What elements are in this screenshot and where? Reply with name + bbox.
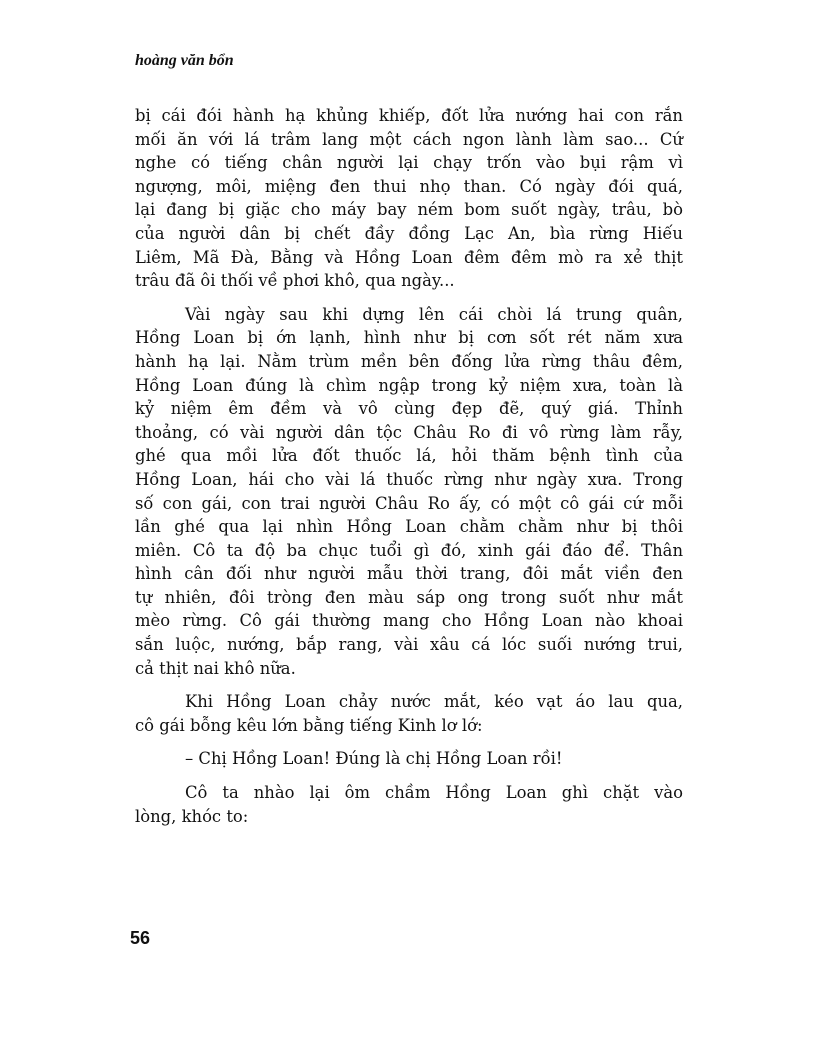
text-line: tự nhiên, đôi tròng đen màu sáp ong tron… — [135, 586, 683, 610]
book-page: hoàng văn bổn bị cái đói hành hạ khủng k… — [0, 0, 816, 1056]
text-line: kỷ niệm êm đềm và vô cùng đẹp đẽ, quý gi… — [135, 397, 683, 421]
text-line: Khi Hồng Loan chảy nước mắt, kéo vạt áo … — [135, 690, 683, 714]
text-line: hành hạ lại. Nằm trùm mền bên đống lửa r… — [135, 350, 683, 374]
text-line: Hồng Loan bị ớn lạnh, hình như bị cơn số… — [135, 326, 683, 350]
paragraph-gap — [135, 737, 683, 747]
text-line: thoảng, có vài người dân tộc Châu Ro đi … — [135, 421, 683, 445]
text-line: cả thịt nai khô nữa. — [135, 657, 683, 681]
text-line: cô gái bỗng kêu lớn bằng tiếng Kinh lơ l… — [135, 714, 683, 738]
text-line: miên. Cô ta độ ba chục tuổi gì đó, xinh … — [135, 539, 683, 563]
text-line: lòng, khóc to: — [135, 805, 683, 829]
running-head-author: hoàng văn bổn — [135, 52, 234, 70]
body-text: bị cái đói hành hạ khủng khiếp, đốt lửa … — [135, 104, 683, 828]
paragraph-1: bị cái đói hành hạ khủng khiếp, đốt lửa … — [135, 104, 683, 293]
text-line: – Chị Hồng Loan! Đúng là chị Hồng Loan r… — [135, 747, 683, 771]
text-line: lần ghé qua lại nhìn Hồng Loan chằm chằm… — [135, 515, 683, 539]
text-line: hình cân đối như người mẫu thời trang, đ… — [135, 562, 683, 586]
text-line: mối ăn với lá trâm lang một cách ngon là… — [135, 128, 683, 152]
paragraph-gap — [135, 293, 683, 303]
paragraph-4-dialogue: – Chị Hồng Loan! Đúng là chị Hồng Loan r… — [135, 747, 683, 771]
text-line: nghe có tiếng chân người lại chạy trốn v… — [135, 151, 683, 175]
text-line: lại đang bị giặc cho máy bay ném bom suố… — [135, 198, 683, 222]
text-line: Cô ta nhào lại ôm chầm Hồng Loan ghì chặ… — [135, 781, 683, 805]
text-line: Liêm, Mã Đà, Bằng và Hồng Loan đêm đêm m… — [135, 246, 683, 270]
paragraph-gap — [135, 680, 683, 690]
text-line: Hồng Loan đúng là chìm ngập trong kỷ niệ… — [135, 374, 683, 398]
text-line: ghé qua mồi lửa đốt thuốc lá, hỏi thăm b… — [135, 444, 683, 468]
paragraph-3: Khi Hồng Loan chảy nước mắt, kéo vạt áo … — [135, 690, 683, 737]
text-line: trâu đã ôi thối về phơi khô, qua ngày... — [135, 269, 683, 293]
text-line: Vài ngày sau khi dựng lên cái chòi lá tr… — [135, 303, 683, 327]
text-line: ngượng, môi, miệng đen thui nhọ than. Có… — [135, 175, 683, 199]
text-line: của người dân bị chết đầy đồng Lạc An, b… — [135, 222, 683, 246]
paragraph-5: Cô ta nhào lại ôm chầm Hồng Loan ghì chặ… — [135, 781, 683, 828]
text-line: Hồng Loan, hái cho vài lá thuốc rừng như… — [135, 468, 683, 492]
text-line: bị cái đói hành hạ khủng khiếp, đốt lửa … — [135, 104, 683, 128]
paragraph-gap — [135, 771, 683, 781]
paragraph-2: Vài ngày sau khi dựng lên cái chòi lá tr… — [135, 303, 683, 681]
text-line: số con gái, con trai người Châu Ro ấy, c… — [135, 492, 683, 516]
page-number: 56 — [130, 928, 150, 949]
text-line: mèo rừng. Cô gái thường mang cho Hồng Lo… — [135, 609, 683, 633]
text-line: sắn luộc, nướng, bắp rang, vài xâu cá ló… — [135, 633, 683, 657]
